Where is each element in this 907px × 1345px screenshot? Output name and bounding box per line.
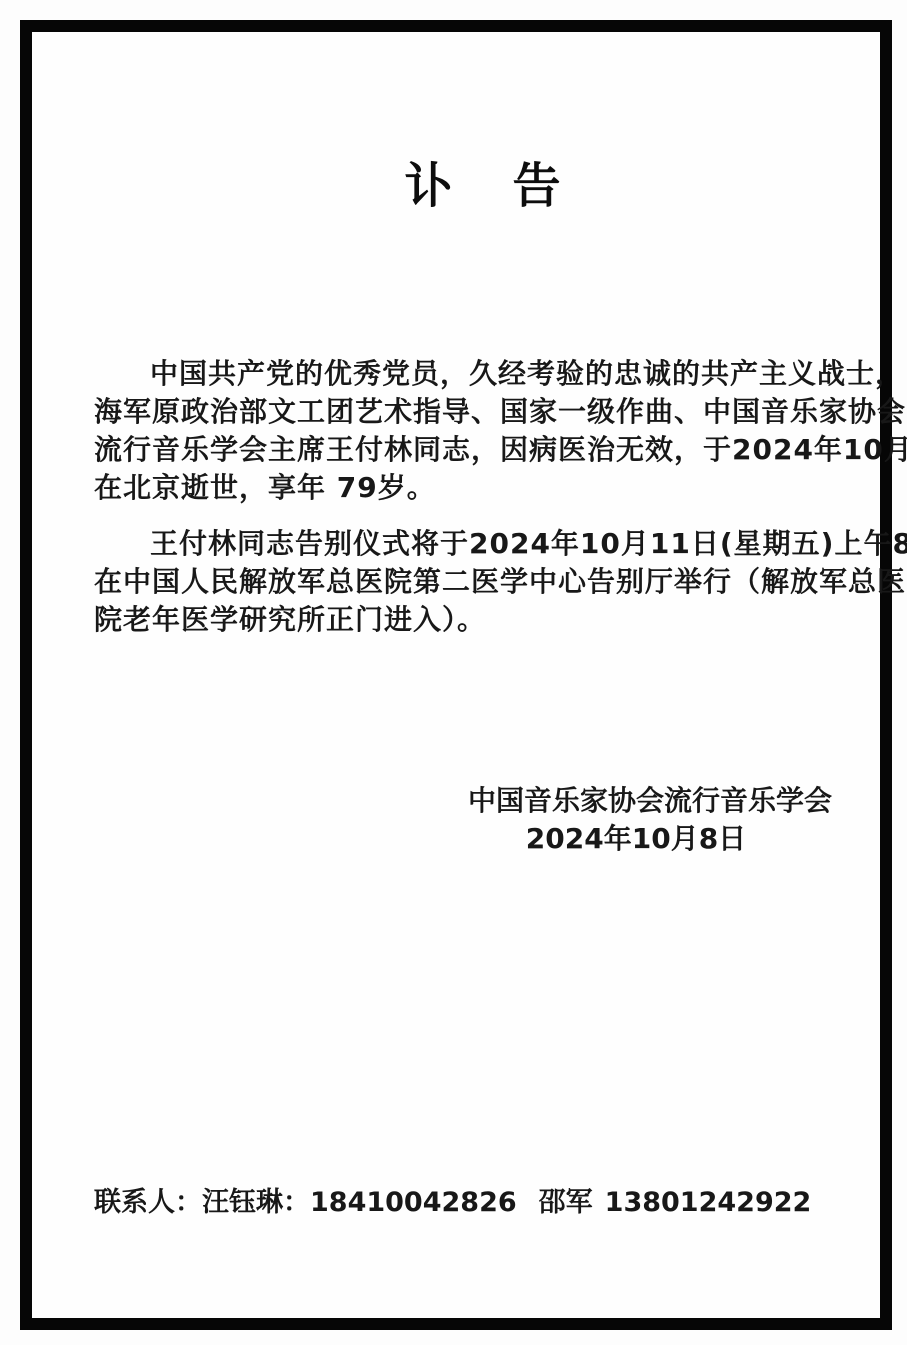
contact-person-phone: 13801242922 <box>605 1187 812 1218</box>
contact-person-name: 汪钰琳： <box>202 1187 310 1218</box>
notice-title: 讣 告 <box>94 157 877 215</box>
signature-date: 2024年10月8日 <box>454 820 818 858</box>
contact-label: 联系人： <box>94 1187 202 1218</box>
contact-line: 联系人：汪钰琳：18410042826邵军13801242922 <box>94 1184 877 1222</box>
contact-person-phone: 18410042826 <box>310 1187 517 1218</box>
signature-block: 中国音乐家协会流行音乐学会 2024年10月8日 <box>468 782 832 858</box>
text-line: 王付林同志告别仪式将于2024年10月11日(星期五)上午8:00 <box>94 525 877 563</box>
text-line: 院老年医学研究所正门进入）。 <box>94 601 877 639</box>
paragraph-deceased-intro: 中国共产党的优秀党员，久经考验的忠诚的共产主义战士， 海军原政治部文工团艺术指导… <box>94 355 877 507</box>
text-line: 流行音乐学会主席王付林同志，因病医治无效，于2024年10月7日 <box>94 431 877 469</box>
contact-person-name: 邵军 <box>539 1187 593 1218</box>
obituary-document: 讣 告 中国共产党的优秀党员，久经考验的忠诚的共产主义战士， 海军原政治部文工团… <box>0 0 907 1345</box>
text-line: 海军原政治部文工团艺术指导、国家一级作曲、中国音乐家协会 <box>94 393 877 431</box>
text-line: 在中国人民解放军总医院第二医学中心告别厅举行（解放军总医 <box>94 563 877 601</box>
paragraph-ceremony-info: 王付林同志告别仪式将于2024年10月11日(星期五)上午8:00 在中国人民解… <box>94 525 877 639</box>
signature-organization: 中国音乐家协会流行音乐学会 <box>468 782 832 820</box>
text-line: 在北京逝世，享年 79岁。 <box>94 469 877 507</box>
text-line: 中国共产党的优秀党员，久经考验的忠诚的共产主义战士， <box>94 355 877 393</box>
document-border-frame: 讣 告 中国共产党的优秀党员，久经考验的忠诚的共产主义战士， 海军原政治部文工团… <box>20 20 892 1330</box>
document-content: 讣 告 中国共产党的优秀党员，久经考验的忠诚的共产主义战士， 海军原政治部文工团… <box>64 64 907 1345</box>
